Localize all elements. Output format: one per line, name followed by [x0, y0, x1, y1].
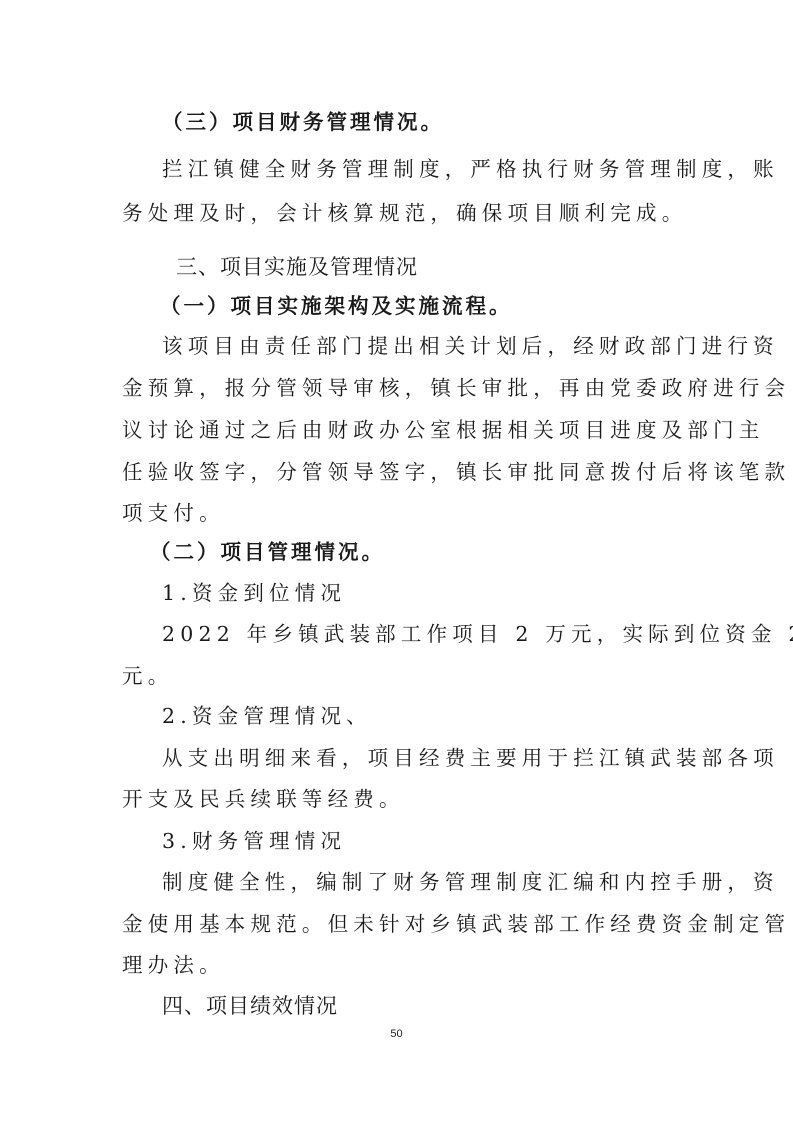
paragraph-line: 开支及民兵续联等经费。: [122, 785, 405, 813]
paragraph-line: 金使用基本规范。但未针对乡镇武装部工作经费资金制定管: [122, 910, 790, 938]
paragraph-line: 金预算，报分管领导审核，镇长审批，再由党委政府进行会: [122, 374, 790, 402]
subsection-title-funding: 1.资金到位情况: [162, 579, 346, 607]
section-heading-structure-process: （一）项目实施架构及实施流程。: [160, 292, 513, 320]
paragraph-line: 元。: [122, 662, 173, 690]
paragraph-line: 拦江镇健全财务管理制度，严格执行财务管理制度，账: [162, 155, 779, 183]
section-heading-project-management: （二）项目管理情况。: [150, 538, 385, 566]
paragraph-line: 制度健全性，编制了财务管理制度汇编和内控手册，资: [162, 868, 779, 896]
paragraph-line: 理办法。: [122, 951, 225, 979]
paragraph-line: 务处理及时，会计核算规范，确保项目顺利完成。: [122, 199, 687, 227]
paragraph-line: 2022 年乡镇武装部工作项目 2 万元，实际到位资金 2 万: [162, 620, 793, 648]
page-number: 50: [0, 1028, 793, 1040]
paragraph-line: 议讨论通过之后由财政办公室根据相关项目进度及部门主: [122, 416, 765, 444]
chapter-heading-performance: 四、项目绩效情况: [162, 992, 338, 1020]
subsection-title-fund-management: 2.资金管理情况、: [162, 702, 372, 730]
paragraph-line: 项支付。: [122, 499, 225, 527]
paragraph-line: 从支出明细来看，项目经费主要用于拦江镇武装部各项: [162, 744, 779, 772]
section-heading-finance-management: （三）项目财务管理情况。: [162, 108, 444, 136]
paragraph-line: 任验收签字，分管领导签字，镇长审批同意拨付后将该笔款: [122, 458, 790, 486]
paragraph-line: 该项目由责任部门提出相关计划后，经财政部门进行资: [162, 332, 779, 360]
subsection-title-financial-management: 3.财务管理情况: [162, 827, 346, 855]
chapter-heading-implementation: 三、项目实施及管理情况: [176, 253, 418, 281]
